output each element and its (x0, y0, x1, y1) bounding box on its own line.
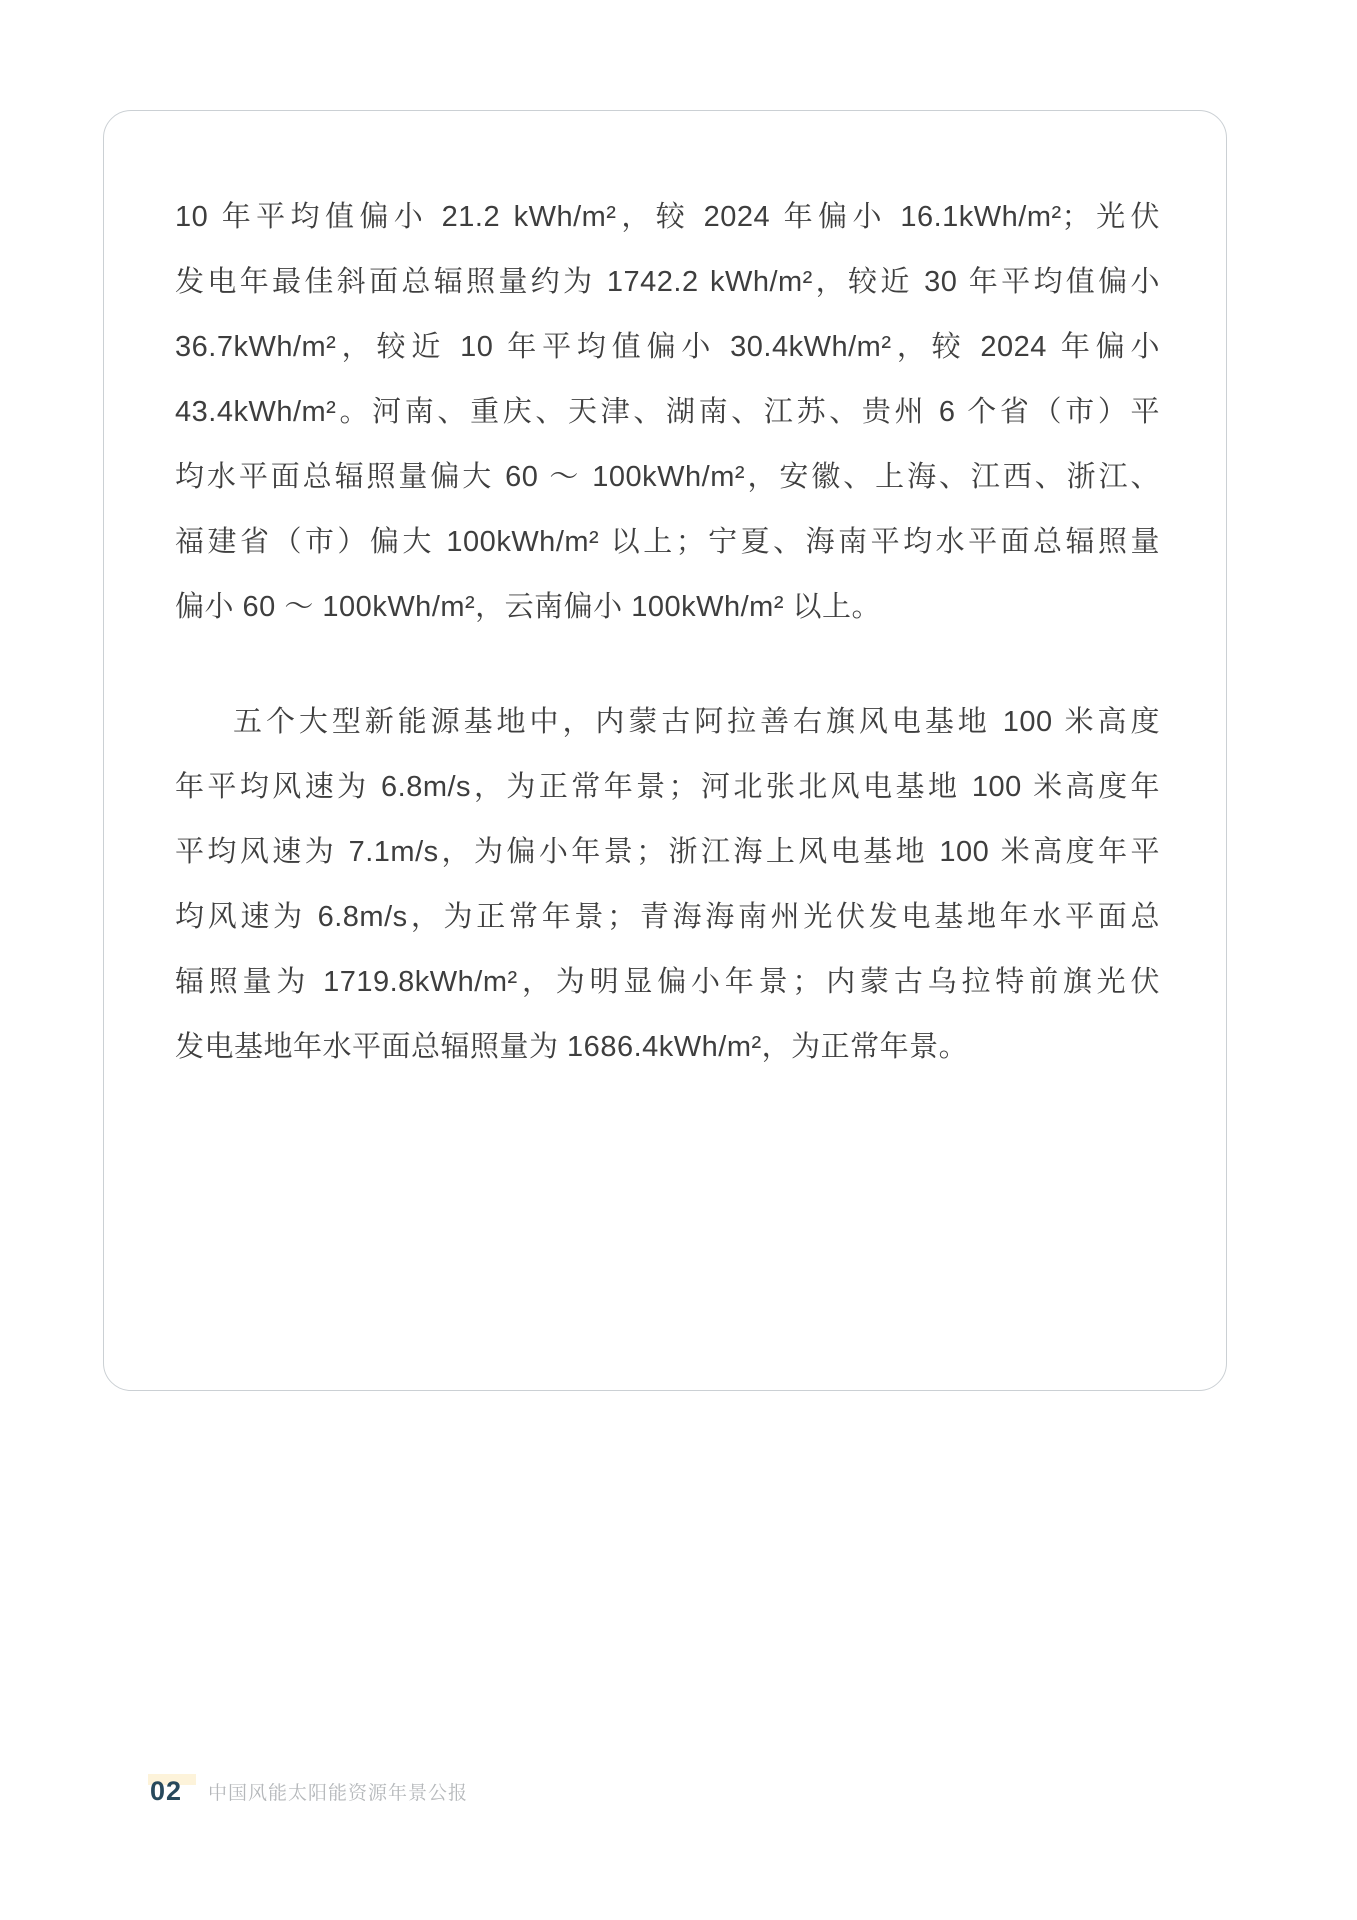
text-line: 福建省（市）偏大 100kWh/m² 以上；宁夏、海南平均水平面总辐照量 (175, 510, 1160, 575)
text-line: 均水平面总辐照量偏大 60 ～ 100kWh/m²，安徽、上海、江西、浙江、 (175, 445, 1160, 510)
text-line: 36.7kWh/m²，较近 10 年平均值偏小 30.4kWh/m²，较 202… (175, 315, 1160, 380)
paragraph-new-energy-bases: 五个大型新能源基地中，内蒙古阿拉善右旗风电基地 100 米高度 年平均风速为 6… (175, 690, 1160, 1080)
text-line: 平均风速为 7.1m/s，为偏小年景；浙江海上风电基地 100 米高度年平 (175, 820, 1160, 885)
text-line: 43.4kWh/m²。河南、重庆、天津、湖南、江苏、贵州 6 个省（市）平 (175, 380, 1160, 445)
page-footer: 02 中国风能太阳能资源年景公报 (150, 1770, 468, 1812)
page-number: 02 (150, 1776, 182, 1806)
text-line: 发电基地年水平面总辐照量为 1686.4kWh/m²，为正常年景。 (175, 1015, 1160, 1080)
text-line: 辐照量为 1719.8kWh/m²，为明显偏小年景；内蒙古乌拉特前旗光伏 (175, 950, 1160, 1015)
paragraph-radiation-anomaly: 10 年平均值偏小 21.2 kWh/m²，较 2024 年偏小 16.1kWh… (175, 185, 1160, 640)
page-number-wrap: 02 (150, 1776, 182, 1807)
text-line: 偏小 60 ～ 100kWh/m²，云南偏小 100kWh/m² 以上。 (175, 575, 1160, 640)
text-line: 均风速为 6.8m/s，为正常年景；青海海南州光伏发电基地年水平面总 (175, 885, 1160, 950)
text-line: 发电年最佳斜面总辐照量约为 1742.2 kWh/m²，较近 30 年平均值偏小 (175, 250, 1160, 315)
text-line: 年平均风速为 6.8m/s，为正常年景；河北张北风电基地 100 米高度年 (175, 755, 1160, 820)
publication-title: 中国风能太阳能资源年景公报 (208, 1778, 468, 1805)
body-text: 10 年平均值偏小 21.2 kWh/m²，较 2024 年偏小 16.1kWh… (175, 185, 1160, 1080)
text-line: 10 年平均值偏小 21.2 kWh/m²，较 2024 年偏小 16.1kWh… (175, 185, 1160, 250)
text-line: 五个大型新能源基地中，内蒙古阿拉善右旗风电基地 100 米高度 (175, 690, 1160, 755)
